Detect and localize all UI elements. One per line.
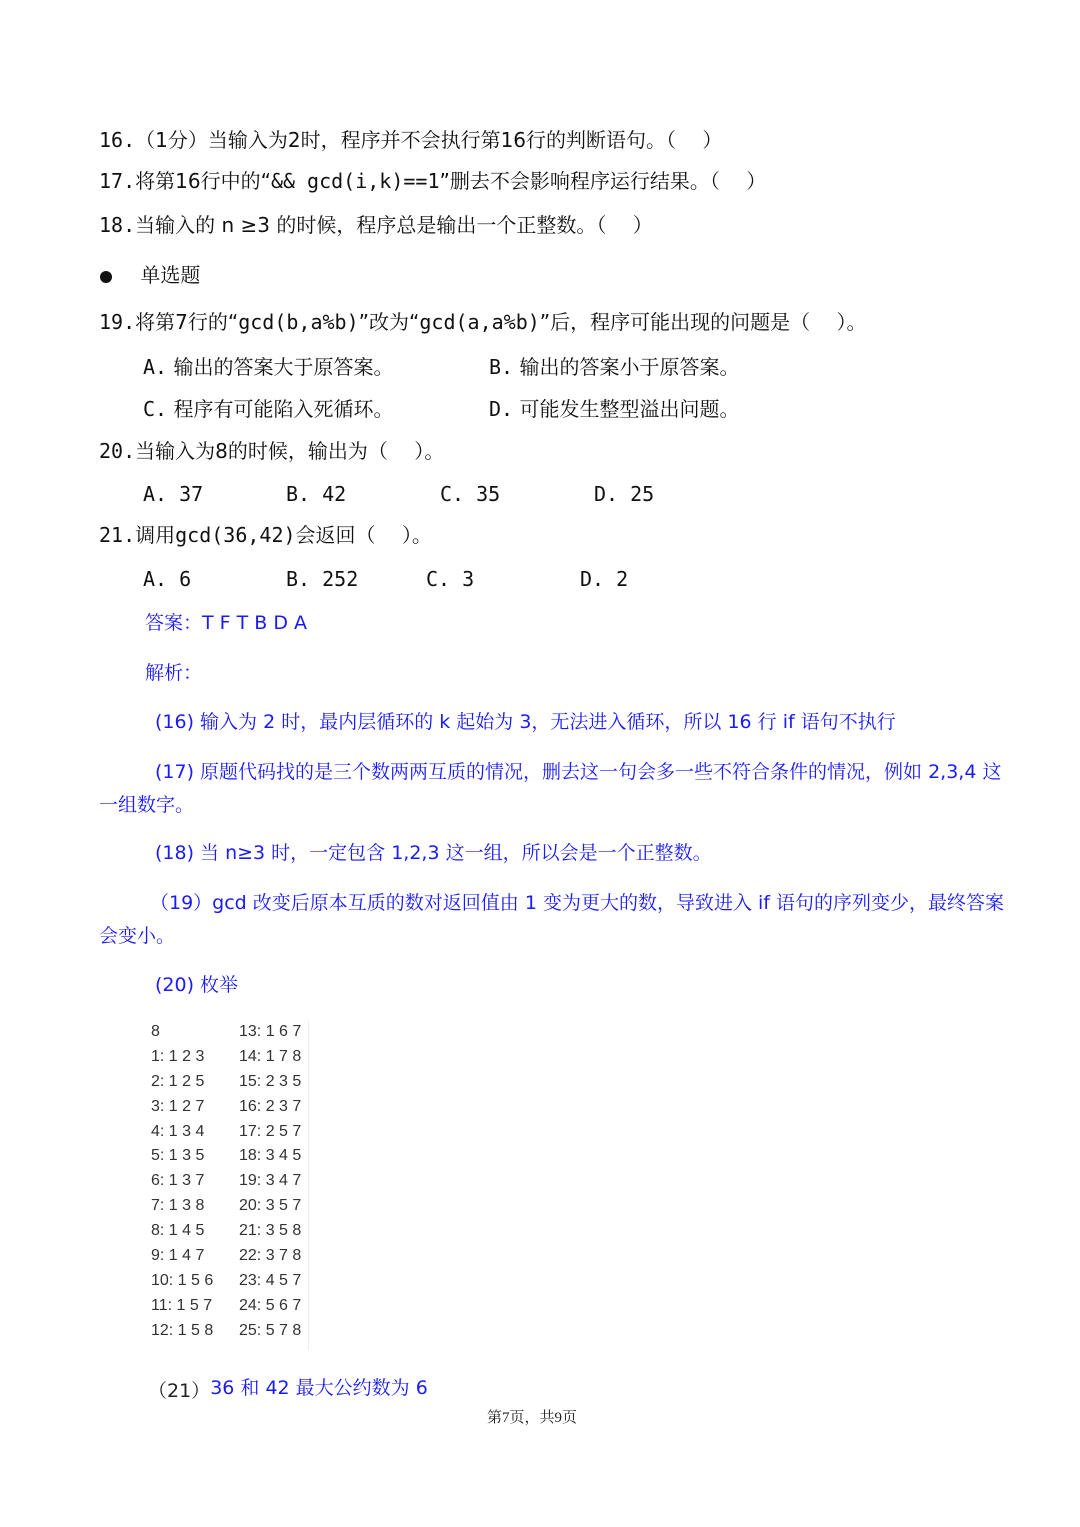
option-text: 252: [322, 567, 358, 591]
list-item: 24: 5 6 7: [239, 1294, 301, 1319]
list-item: 8: [151, 1020, 213, 1045]
option-label: B.: [286, 567, 310, 591]
list-item: 20: 3 5 7: [239, 1194, 301, 1219]
question-number: 18.: [99, 213, 135, 237]
question-text-pre: 将第16行中的“: [135, 169, 271, 193]
list-item: 18: 3 4 5: [239, 1144, 301, 1169]
enumeration-left-column: 8 1: 1 2 3 2: 1 2 5 3: 1 2 7 4: 1 3 4 5:…: [151, 1020, 213, 1344]
question-number: 20.: [99, 439, 135, 463]
question-text: （1分）当输入为2时，程序并不会执行第16行的判断语句。（ ）: [135, 128, 722, 152]
question-text-pre: 将第7行的“: [135, 310, 238, 334]
option-label: B.: [286, 482, 310, 506]
option-text: 可能发生整型溢出问题。: [519, 397, 739, 421]
analysis-item-16: (16) 输入为 2 时，最内层循环的 k 起始为 3，无法进入循环，所以 16…: [155, 709, 896, 735]
analysis-item-21-text: 36 和 42 最大公约数为 6: [210, 1377, 428, 1399]
list-item: 17: 2 5 7: [239, 1120, 301, 1145]
list-item: 4: 1 3 4: [151, 1120, 213, 1145]
list-item: 12: 1 5 8: [151, 1319, 213, 1344]
list-item: 7: 1 3 8: [151, 1194, 213, 1219]
option-c: C. 3: [426, 565, 474, 593]
bullet-icon: [100, 271, 112, 283]
question-text-post: ”删去不会影响程序运行结果。（ ）: [440, 169, 767, 193]
option-text: 6: [179, 567, 191, 591]
enumeration-output-image: 8 1: 1 2 3 2: 1 2 5 3: 1 2 7 4: 1 3 4 5:…: [143, 1020, 309, 1350]
question-text: 当输入的 n ≥3 的时候，程序总是输出一个正整数。（ ）: [135, 213, 653, 237]
page-footer: 第7页，共9页: [487, 1406, 577, 1427]
option-label: A.: [143, 567, 167, 591]
list-item: 11: 1 5 7: [151, 1294, 213, 1319]
option-text: 输出的答案小于原答案。: [519, 355, 739, 379]
list-item: 6: 1 3 7: [151, 1169, 213, 1194]
list-item: 22: 3 7 8: [239, 1244, 301, 1269]
section-header-single-choice: 单选题: [100, 261, 200, 289]
option-label: D.: [594, 482, 618, 506]
answer-label: 答案：: [145, 612, 202, 634]
question-21: 21.调用gcd(36,42)会返回（ ）。: [99, 521, 432, 549]
list-item: 8: 1 4 5: [151, 1219, 213, 1244]
option-label: B.: [489, 355, 513, 379]
list-item: 16: 2 3 7: [239, 1095, 301, 1120]
list-item: 5: 1 3 5: [151, 1144, 213, 1169]
option-text: 25: [630, 482, 654, 506]
question-text: 当输入为8的时候，输出为（ ）。: [135, 439, 444, 463]
option-b: B. 42: [286, 480, 346, 508]
list-item: 13: 1 6 7: [239, 1020, 301, 1045]
list-item: 25: 5 7 8: [239, 1319, 301, 1344]
option-b: B. 252: [286, 565, 358, 593]
list-item: 14: 1 7 8: [239, 1045, 301, 1070]
answer-value: T F T B D A: [202, 612, 307, 634]
list-item: 21: 3 5 8: [239, 1219, 301, 1244]
analysis-item-17-line1: (17) 原题代码找的是三个数两两互质的情况，删去这一句会多一些不符合条件的情况…: [155, 759, 1001, 785]
list-item: 19: 3 4 7: [239, 1169, 301, 1194]
option-a: A. 输出的答案大于原答案。: [143, 353, 393, 381]
question-20: 20.当输入为8的时候，输出为（ ）。: [99, 437, 444, 465]
option-text: 3: [462, 567, 474, 591]
question-number: 17.: [99, 169, 135, 193]
section-title: 单选题: [140, 263, 200, 287]
question-16: 16.（1分）当输入为2时，程序并不会执行第16行的判断语句。（ ）: [99, 126, 722, 154]
option-b: B. 输出的答案小于原答案。: [489, 353, 739, 381]
list-item: 9: 1 4 7: [151, 1244, 213, 1269]
enumeration-right-column: 13: 1 6 7 14: 1 7 8 15: 2 3 5 16: 2 3 7 …: [239, 1020, 301, 1344]
option-c: C. 35: [440, 480, 500, 508]
answer-line: 答案：T F T B D A: [145, 610, 307, 636]
option-label: A.: [143, 482, 167, 506]
option-label: A.: [143, 355, 167, 379]
question-text-pre: 调用: [135, 523, 175, 547]
option-label: D.: [489, 397, 513, 421]
list-item: 3: 1 2 7: [151, 1095, 213, 1120]
option-d: D. 可能发生整型溢出问题。: [489, 395, 739, 423]
option-text: 2: [616, 567, 628, 591]
analysis-item-21: （21）36 和 42 最大公约数为 6: [148, 1378, 428, 1404]
question-text-post: 会返回（ ）。: [296, 523, 432, 547]
question-17: 17.将第16行中的“&& gcd(i,k)==1”删去不会影响程序运行结果。（…: [99, 167, 766, 195]
option-d: D. 2: [580, 565, 628, 593]
option-text: 35: [476, 482, 500, 506]
option-c: C. 程序有可能陷入死循环。: [143, 395, 393, 423]
question-text-post: ”后，程序可能出现的问题是（ ）。: [540, 310, 867, 334]
analysis-item-18: (18) 当 n≥3 时，一定包含 1,2,3 这一组，所以会是一个正整数。: [155, 840, 712, 866]
option-text: 42: [322, 482, 346, 506]
list-item: 2: 1 2 5: [151, 1070, 213, 1095]
option-text: 37: [179, 482, 203, 506]
code-snippet: gcd(36,42): [175, 523, 295, 547]
option-a: A. 37: [143, 480, 203, 508]
option-text: 程序有可能陷入死循环。: [173, 397, 393, 421]
analysis-item-21-prefix: （21）: [148, 1380, 210, 1402]
analysis-item-19-line1: （19）gcd 改变后原本互质的数对返回值由 1 变为更大的数，导致进入 if …: [150, 890, 1004, 916]
analysis-item-20: (20) 枚举: [155, 972, 238, 998]
list-item: 23: 4 5 7: [239, 1269, 301, 1294]
question-19: 19.将第7行的“gcd(b,a%b)”改为“gcd(a,a%b)”后，程序可能…: [99, 308, 867, 336]
option-label: C.: [426, 567, 450, 591]
option-label: D.: [580, 567, 604, 591]
option-text: 输出的答案大于原答案。: [173, 355, 393, 379]
option-label: C.: [143, 397, 167, 421]
analysis-item-19-line2: 会变小。: [99, 923, 175, 949]
list-item: 15: 2 3 5: [239, 1070, 301, 1095]
option-a: A. 6: [143, 565, 191, 593]
code-snippet: gcd(a,a%b): [419, 310, 539, 334]
analysis-label: 解析：: [145, 660, 202, 686]
question-text-mid: ”改为“: [359, 310, 420, 334]
code-snippet: gcd(b,a%b): [238, 310, 358, 334]
analysis-item-17-line2: 一组数字。: [99, 792, 194, 818]
question-18: 18.当输入的 n ≥3 的时候，程序总是输出一个正整数。（ ）: [99, 211, 653, 239]
code-snippet: && gcd(i,k)==1: [271, 169, 440, 193]
list-item: 1: 1 2 3: [151, 1045, 213, 1070]
question-number: 19.: [99, 310, 135, 334]
option-label: C.: [440, 482, 464, 506]
question-number: 21.: [99, 523, 135, 547]
question-number: 16.: [99, 128, 135, 152]
option-d: D. 25: [594, 480, 654, 508]
list-item: 10: 1 5 6: [151, 1269, 213, 1294]
